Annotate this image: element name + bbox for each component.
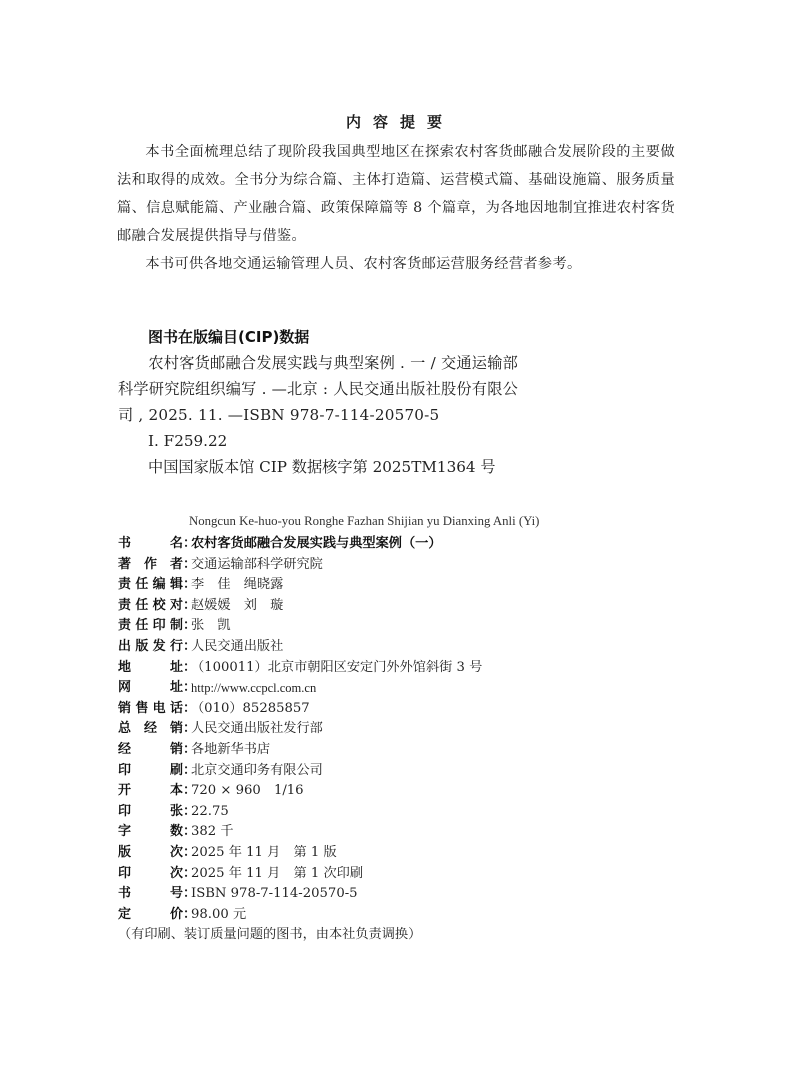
row-colon: ： [183,596,191,617]
row-label: 责任编辑 [118,575,183,596]
row-label-char: 者 [170,555,183,576]
copyright-row: 印张：22.75 [118,802,678,823]
row-label-char: 地 [118,658,131,679]
row-label-char: 数 [170,822,183,843]
row-label: 责任校对 [118,596,183,617]
copyright-page: 内容提要 本书全面梳理总结了现阶段我国典型地区在探索农村客货邮融合发展阶段的主要… [0,0,800,1073]
copyright-row: 印次：2025 年 11 月 第 1 次印刷 [118,864,678,885]
summary-body: 本书全面梳理总结了现阶段我国典型地区在探索农村客货邮融合发展阶段的主要做法和取得… [117,138,675,278]
row-label-char: 出 [118,637,131,658]
summary-paragraph: 本书可供各地交通运输管理人员、农村客货邮运营服务经营者参考。 [117,250,675,278]
row-value: 各地新华书店 [191,740,270,761]
row-label-char: 销 [118,699,131,720]
row-label: 著作者 [118,555,183,576]
row-label-char: 辑 [170,575,183,596]
row-label-char: 售 [135,699,148,720]
row-label-char: 责 [118,596,131,617]
row-label-char: 经 [118,740,131,761]
row-label-char: 责 [118,616,131,637]
row-label-char: 书 [118,534,131,555]
copyright-row: 销售电话：（010）85285857 [118,699,678,720]
row-label: 印张 [118,802,183,823]
row-colon: ： [183,905,191,926]
row-value: 2025 年 11 月 第 1 次印刷 [191,864,363,885]
row-label-char: 号 [170,884,183,905]
row-label: 版次 [118,843,183,864]
website-link: http://www.ccpcl.com.cn [191,678,316,699]
row-value: 98.00 元 [191,905,246,926]
row-label-char: 本 [170,781,183,802]
row-label-char: 销 [170,740,183,761]
row-label-char: 版 [135,637,148,658]
row-label-char: 著 [118,555,131,576]
row-label-char: 定 [118,905,131,926]
copyright-row: 书名：农村客货邮融合发展实践与典型案例（一） [118,534,678,555]
replacement-note: （有印刷、装订质量问题的图书，由本社负责调换） [118,925,678,946]
row-label-char: 制 [170,616,183,637]
copyright-row: 网址：http://www.ccpcl.com.cn [118,678,678,699]
pinyin-title: Nongcun Ke-huo-you Ronghe Fazhan Shijian… [189,514,539,529]
row-colon: ： [183,699,191,720]
row-label: 销售电话 [118,699,183,720]
row-colon: ： [183,719,191,740]
row-label-char: 印 [118,802,131,823]
row-label-char: 名 [170,534,183,555]
copyright-row: 责任校对：赵媛媛 刘 璇 [118,596,678,617]
copyright-row: 著作者：交通运输部科学研究院 [118,555,678,576]
row-colon: ： [183,864,191,885]
row-colon: ： [183,781,191,802]
row-colon: ： [183,616,191,637]
row-colon: ： [183,575,191,596]
row-label: 经销 [118,740,183,761]
row-colon: ： [183,843,191,864]
row-colon: ： [183,534,191,555]
row-label-char: 版 [118,843,131,864]
copyright-row: 定价：98.00 元 [118,905,678,926]
row-value: （100011）北京市朝阳区安定门外外馆斜街 3 号 [191,658,482,679]
row-label: 定价 [118,905,183,926]
row-label-char: 电 [153,699,166,720]
cip-classification: Ⅰ. F259.22 [148,428,518,454]
row-label-char: 印 [118,761,131,782]
cip-block: 图书在版编目(CIP)数据 农村客货邮融合发展实践与典型案例 . 一 / 交通运… [118,324,518,480]
copyright-row: 地址：（100011）北京市朝阳区安定门外外馆斜街 3 号 [118,658,678,679]
row-label-char: 开 [118,781,131,802]
row-label: 网址 [118,678,183,699]
row-label-char: 次 [170,864,183,885]
copyright-row: 出版发行：人民交通出版社 [118,637,678,658]
row-value: 交通运输部科学研究院 [191,555,323,576]
summary-title: 内容提要 [0,111,800,132]
summary-paragraph: 本书全面梳理总结了现阶段我国典型地区在探索农村客货邮融合发展阶段的主要做法和取得… [117,138,675,250]
row-value: （010）85285857 [191,699,310,720]
row-colon: ： [183,637,191,658]
row-label-char: 行 [170,637,183,658]
row-label-char: 字 [118,822,131,843]
row-label-char: 任 [135,616,148,637]
cip-verification: 中国国家版本馆 CIP 数据核字第 2025TM1364 号 [148,454,518,480]
row-value: 北京交通印务有限公司 [191,761,323,782]
row-label: 书号 [118,884,183,905]
row-value: 张 凯 [191,616,231,637]
row-label-char: 张 [170,802,183,823]
copyright-row: 开本：720 × 960 1/16 [118,781,678,802]
cip-record: 农村客货邮融合发展实践与典型案例 . 一 / 交通运输部科学研究院组织编写 . … [118,350,518,428]
copyright-row: 总经销：人民交通出版社发行部 [118,719,678,740]
row-value: 农村客货邮融合发展实践与典型案例（一） [191,534,442,555]
row-colon: ： [183,658,191,679]
copyright-row: 版次：2025 年 11 月 第 1 版 [118,843,678,864]
row-colon: ： [183,555,191,576]
row-label-char: 校 [153,596,166,617]
row-label-char: 书 [118,884,131,905]
row-colon: ： [183,761,191,782]
row-label: 字数 [118,822,183,843]
row-label-char: 对 [170,596,183,617]
copyright-row: 字数：382 千 [118,822,678,843]
row-colon: ： [183,678,191,699]
row-label: 出版发行 [118,637,183,658]
row-value: ISBN 978-7-114-20570-5 [191,884,358,905]
row-label-char: 印 [118,864,131,885]
row-value: 382 千 [191,822,234,843]
row-colon: ： [183,822,191,843]
row-label: 开本 [118,781,183,802]
row-colon: ： [183,802,191,823]
copyright-row: 经销：各地新华书店 [118,740,678,761]
copyright-row: 责任印制：张 凯 [118,616,678,637]
copyright-row: 书号：ISBN 978-7-114-20570-5 [118,884,678,905]
row-value: 赵媛媛 刘 璇 [191,596,283,617]
row-label-char: 址 [170,678,183,699]
row-label-char: 作 [144,555,157,576]
row-label: 地址 [118,658,183,679]
row-label-char: 刷 [170,761,183,782]
row-label-char: 价 [170,905,183,926]
row-label-char: 经 [144,719,157,740]
row-value: 人民交通出版社 [191,637,283,658]
row-label-char: 任 [135,575,148,596]
row-label-char: 责 [118,575,131,596]
row-label: 书名 [118,534,183,555]
row-label-char: 次 [170,843,183,864]
row-label: 印刷 [118,761,183,782]
row-label: 印次 [118,864,183,885]
row-label-char: 址 [170,658,183,679]
copyright-table: 书名：农村客货邮融合发展实践与典型案例（一）著作者：交通运输部科学研究院责任编辑… [118,534,678,946]
copyright-row: 责任编辑：李 佳 绳晓露 [118,575,678,596]
row-label-char: 发 [153,637,166,658]
row-label-char: 总 [118,719,131,740]
row-colon: ： [183,884,191,905]
cip-heading: 图书在版编目(CIP)数据 [148,324,518,350]
row-label: 总经销 [118,719,183,740]
copyright-row: 印刷：北京交通印务有限公司 [118,761,678,782]
row-label: 责任印制 [118,616,183,637]
row-label-char: 编 [153,575,166,596]
row-label-char: 销 [170,719,183,740]
row-value: 人民交通出版社发行部 [191,719,323,740]
row-label-char: 网 [118,678,131,699]
row-value: 720 × 960 1/16 [191,781,304,802]
row-value: 22.75 [191,802,229,823]
row-label-char: 印 [153,616,166,637]
row-colon: ： [183,740,191,761]
row-label-char: 话 [170,699,183,720]
row-value: 李 佳 绳晓露 [191,575,283,596]
row-label-char: 任 [135,596,148,617]
row-value: 2025 年 11 月 第 1 版 [191,843,337,864]
